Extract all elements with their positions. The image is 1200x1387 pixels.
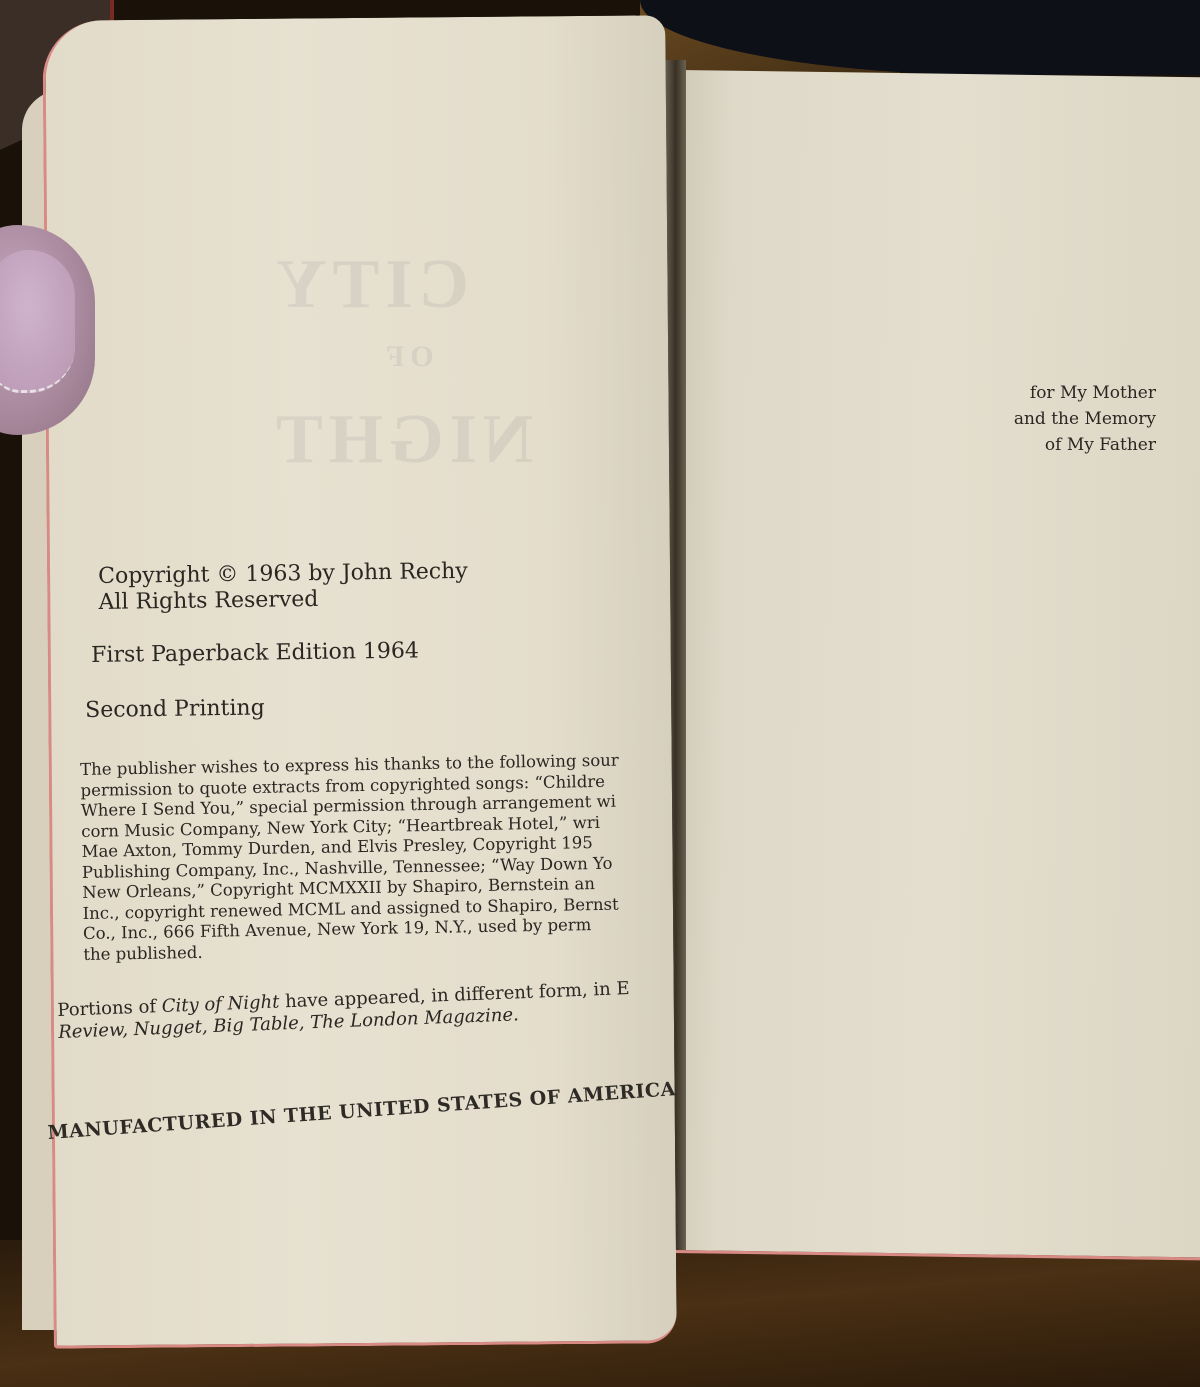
thumbnail: [0, 250, 75, 393]
dedication-line: for My Mother: [990, 380, 1156, 406]
left-page: [42, 15, 677, 1348]
bleed-through-title-night: NIGHT: [270, 400, 533, 480]
dedication-line: of My Father: [990, 432, 1156, 458]
copyright-line: Copyright © 1963 by John Rechy: [98, 559, 468, 590]
bleed-through-title-of: OF: [380, 340, 434, 374]
printing-line: Second Printing: [85, 695, 265, 723]
edition-line: First Paperback Edition 1964: [91, 638, 419, 668]
dedication: for My Mother and the Memory of My Fathe…: [990, 380, 1156, 458]
dedication-line: and the Memory: [990, 406, 1156, 432]
right-page: [663, 70, 1200, 1260]
bleed-through-title-city: CITY: [270, 245, 469, 325]
rights-line: All Rights Reserved: [98, 585, 468, 616]
portions-prefix: Portions of: [57, 996, 162, 1021]
photo-scene: CITY OF NIGHT Copyright © 1963 by John R…: [0, 0, 1200, 1387]
permissions-paragraph: The publisher wishes to express his than…: [80, 751, 622, 965]
copyright-notice: Copyright © 1963 by John Rechy All Right…: [98, 559, 468, 616]
